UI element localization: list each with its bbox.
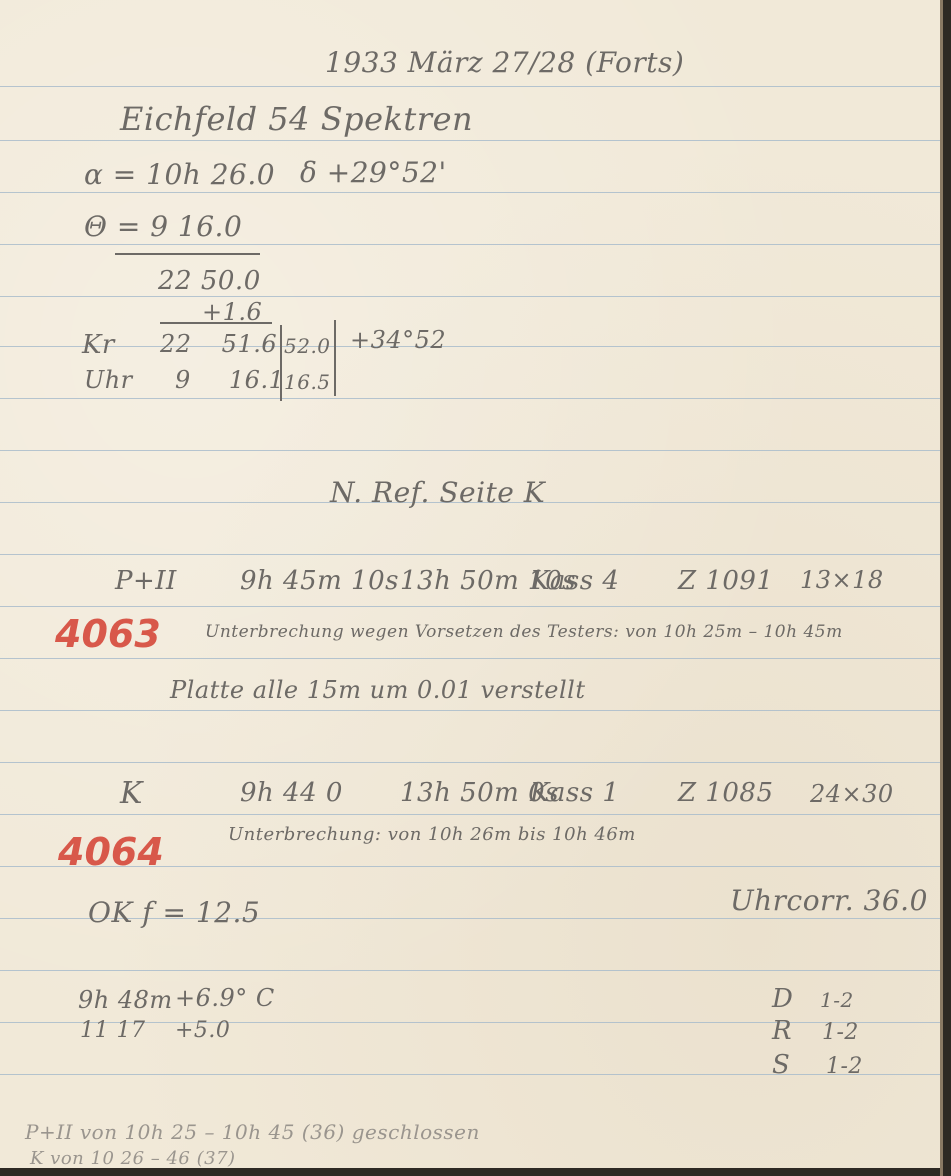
- ruled-line: [0, 450, 940, 451]
- exposure-2-start: 9h 44 0: [240, 778, 343, 808]
- kr-values: 22 51.6: [160, 330, 277, 358]
- temp-2-time: 11 17: [80, 1018, 145, 1043]
- ruled-line: [0, 606, 940, 607]
- condition-3-symbol: S: [772, 1050, 790, 1080]
- exposure-1-start: 9h 45m 10s: [240, 566, 399, 596]
- ruled-line: [0, 192, 940, 193]
- exposure-2-cassette: Kass 1: [530, 778, 619, 808]
- date-heading: 1933 März 27/28 (Forts): [325, 46, 684, 79]
- kr-box-value: 52.0: [284, 334, 331, 358]
- underline: [160, 322, 272, 324]
- temp-2-value: +5.0: [175, 1018, 230, 1043]
- uhr-label: Uhr: [84, 366, 133, 394]
- footer-note-2: K von 10 26 – 46 (37): [30, 1148, 236, 1168]
- ruled-line: [0, 970, 940, 971]
- ruled-line: [0, 140, 940, 141]
- ruled-line: [0, 296, 940, 297]
- condition-1-symbol: D: [772, 984, 793, 1014]
- plate-number-4064: 4064: [58, 830, 164, 874]
- field-title: Eichfeld 54 Spektren: [120, 100, 473, 138]
- uhr-box-value: 16.5: [284, 370, 331, 394]
- exposure-2-size: 24×30: [810, 780, 894, 808]
- ruled-line: [0, 244, 940, 245]
- right-ascension: α = 10h 26.0: [84, 158, 275, 191]
- sum-value: 22 50.0: [158, 266, 261, 296]
- condition-2-symbol: R: [772, 1016, 792, 1046]
- kr-label: Kr: [82, 330, 115, 360]
- section-heading: N. Ref. Seite K: [330, 476, 545, 509]
- declination: δ +29°52': [300, 156, 447, 189]
- ruled-line: [0, 346, 940, 347]
- box-divider: [334, 320, 336, 396]
- underline: [115, 253, 260, 255]
- box-divider: [280, 325, 282, 401]
- exposure-1-note: Unterbrechung wegen Vorsetzen des Tester…: [205, 622, 843, 642]
- condition-3-value: 1-2: [826, 1054, 863, 1079]
- notebook-page: 1933 März 27/28 (Forts) Eichfeld 54 Spek…: [0, 0, 940, 1168]
- exposure-2-plate: Z 1085: [678, 778, 774, 808]
- ruled-line: [0, 814, 940, 815]
- exposure-1-instrument: P+II: [115, 566, 177, 596]
- focus-ok-note: OK f = 12.5: [88, 896, 260, 929]
- exposure-1-cassette: Kass 4: [530, 566, 619, 596]
- declination-note: +34°52: [350, 326, 446, 354]
- temp-1-value: +6.9° C: [175, 984, 275, 1012]
- ruled-line: [0, 762, 940, 763]
- ruled-line: [0, 86, 940, 87]
- footer-note-1: P+II von 10h 25 – 10h 45 (36) geschlosse…: [25, 1120, 480, 1144]
- exposure-1-note2: Platte alle 15m um 0.01 verstellt: [170, 676, 585, 704]
- ruled-line: [0, 1074, 940, 1075]
- clock-correction: Uhrcorr. 36.0: [730, 884, 928, 917]
- exposure-2-instrument: K: [120, 776, 143, 811]
- ruled-line: [0, 658, 940, 659]
- temp-1-time: 9h 48m: [78, 986, 173, 1014]
- page-edge: [940, 0, 943, 1176]
- ruled-line: [0, 398, 940, 399]
- sidereal-time: Θ = 9 16.0: [84, 210, 242, 243]
- ruled-line: [0, 710, 940, 711]
- exposure-1-plate: Z 1091: [678, 566, 774, 596]
- ruled-line: [0, 554, 940, 555]
- plate-number-4063: 4063: [55, 612, 161, 656]
- condition-1-value: 1-2: [820, 988, 854, 1012]
- condition-2-value: 1-2: [822, 1020, 859, 1045]
- exposure-2-note: Unterbrechung: von 10h 26m bis 10h 46m: [228, 824, 636, 845]
- uhr-values: 9 16.1: [175, 366, 284, 394]
- exposure-1-size: 13×18: [800, 566, 884, 594]
